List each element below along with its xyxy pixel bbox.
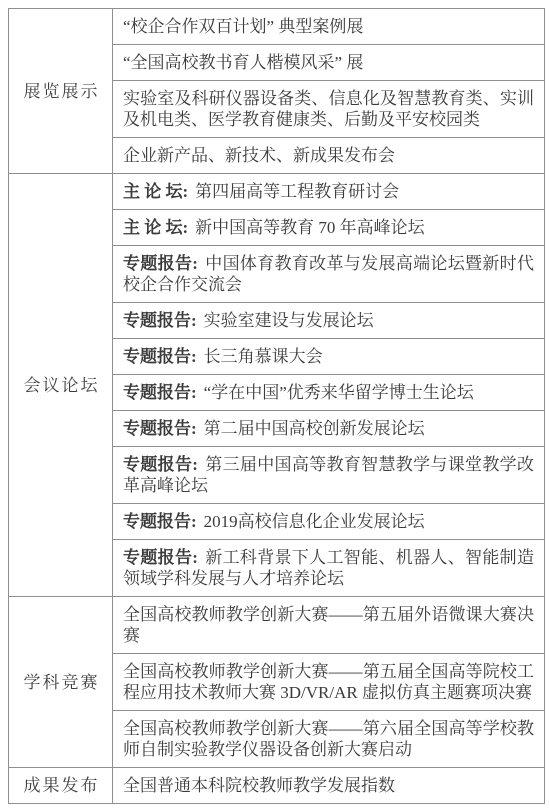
event-title: “学在中国”优秀来华留学博士生论坛 [204, 383, 474, 402]
event-cell: 主 论 坛:第四届高等工程教育研讨会 [113, 174, 545, 210]
event-cell: 全国普通本科院校教师教学发展指数 [113, 768, 545, 804]
table-row: 展览展示 “校企合作双百计划” 典型案例展 [9, 9, 545, 45]
event-cell: 专题报告:中国体育教育改革与发展高端论坛暨新时代校企合作交流会 [113, 246, 545, 303]
event-title: 第二届中国高校创新发展论坛 [204, 419, 425, 438]
event-title: 全国高校教师教学创新大赛——第五届外语微课大赛决赛 [123, 605, 534, 645]
event-title: “校企合作双百计划” 典型案例展 [123, 17, 363, 36]
table-row: 会议论坛 主 论 坛:第四届高等工程教育研讨会 [9, 174, 545, 210]
event-title: “全国高校教书育人楷模风采” 展 [123, 53, 363, 72]
event-cell: 企业新产品、新技术、新成果发布会 [113, 138, 545, 174]
event-type-label: 专题报告: [123, 347, 197, 366]
event-cell: 专题报告:实验室建设与发展论坛 [113, 303, 545, 339]
event-cell: “校企合作双百计划” 典型案例展 [113, 9, 545, 45]
event-title: 实验室建设与发展论坛 [204, 311, 374, 330]
event-cell: 专题报告:第二届中国高校创新发展论坛 [113, 411, 545, 447]
event-schedule-table: 展览展示 “校企合作双百计划” 典型案例展 “全国高校教书育人楷模风采” 展 实… [8, 8, 545, 804]
event-type-label: 专题报告: [123, 254, 198, 273]
event-title: 2019高校信息化企业发展论坛 [204, 512, 425, 531]
event-type-label: 主 论 坛: [123, 218, 188, 237]
table-row: 成果发布 全国普通本科院校教师教学发展指数 [9, 768, 545, 804]
event-type-label: 主 论 坛: [123, 182, 188, 201]
event-cell: 全国高校教师教学创新大赛——第五届外语微课大赛决赛 [113, 597, 545, 654]
event-cell: “全国高校教书育人楷模风采” 展 [113, 45, 545, 81]
document-page: 展览展示 “校企合作双百计划” 典型案例展 “全国高校教书育人楷模风采” 展 实… [0, 0, 550, 809]
event-title: 实验室及科研仪器设备类、信息化及智慧教育类、实训及机电类、医学教育健康类、后勤及… [123, 89, 534, 129]
event-type-label: 专题报告: [123, 311, 197, 330]
event-cell: 专题报告:“学在中国”优秀来华留学博士生论坛 [113, 375, 545, 411]
category-cell-forums: 会议论坛 [9, 174, 113, 597]
event-type-label: 专题报告: [123, 383, 197, 402]
event-type-label: 专题报告: [123, 419, 197, 438]
event-title: 全国普通本科院校教师教学发展指数 [123, 776, 395, 795]
event-cell: 专题报告:长三角慕课大会 [113, 339, 545, 375]
event-title: 全国高校教师教学创新大赛——第六届全国高等学校教师自制实验教学仪器设备创新大赛启… [123, 719, 534, 759]
event-cell: 实验室及科研仪器设备类、信息化及智慧教育类、实训及机电类、医学教育健康类、后勤及… [113, 81, 545, 138]
event-title: 第四届高等工程教育研讨会 [195, 182, 399, 201]
event-cell: 专题报告:新工科背景下人工智能、机器人、智能制造领域学科发展与人才培养论坛 [113, 540, 545, 597]
category-cell-releases: 成果发布 [9, 768, 113, 804]
event-cell: 全国高校教师教学创新大赛——第五届全国高等院校工程应用技术教师大赛 3D/VR/… [113, 654, 545, 711]
event-title: 新中国高等教育 70 年高峰论坛 [195, 218, 425, 237]
event-title: 企业新产品、新技术、新成果发布会 [123, 146, 395, 165]
event-type-label: 专题报告: [123, 548, 198, 567]
event-cell: 主 论 坛:新中国高等教育 70 年高峰论坛 [113, 210, 545, 246]
category-cell-competitions: 学科竞赛 [9, 597, 113, 768]
table-row: 学科竞赛 全国高校教师教学创新大赛——第五届外语微课大赛决赛 [9, 597, 545, 654]
event-type-label: 专题报告: [123, 512, 197, 531]
event-title: 全国高校教师教学创新大赛——第五届全国高等院校工程应用技术教师大赛 3D/VR/… [123, 662, 534, 702]
event-type-label: 专题报告: [123, 455, 198, 474]
event-cell: 专题报告:第三届中国高等教育智慧教学与课堂教学改革高峰论坛 [113, 447, 545, 504]
event-title: 长三角慕课大会 [204, 347, 323, 366]
category-cell-exhibitions: 展览展示 [9, 9, 113, 174]
event-cell: 全国高校教师教学创新大赛——第六届全国高等学校教师自制实验教学仪器设备创新大赛启… [113, 711, 545, 768]
event-cell: 专题报告:2019高校信息化企业发展论坛 [113, 504, 545, 540]
